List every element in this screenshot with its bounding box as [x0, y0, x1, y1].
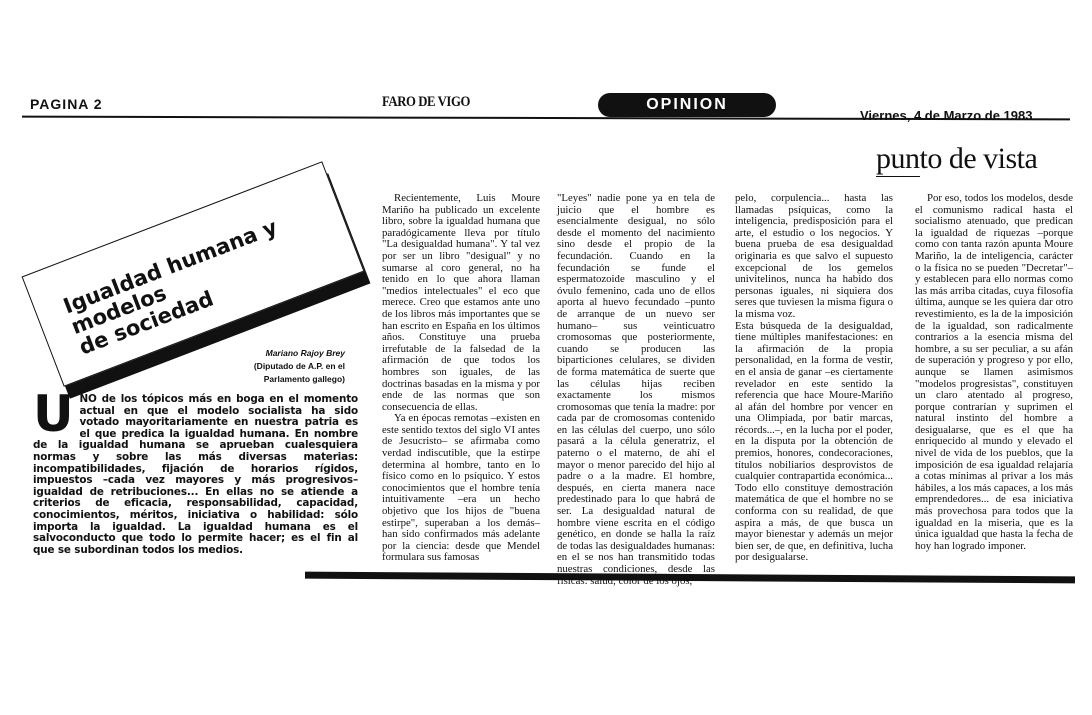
paragraph: Recientemente, Luis Moure Mariño ha publ…	[382, 193, 540, 413]
body-column-1: Recientemente, Luis Moure Mariño ha publ…	[382, 193, 540, 564]
page-number: PAGINA 2	[30, 96, 103, 112]
author-role-1: (Diputado de A.P. en el	[230, 360, 345, 373]
body-column-4: Por eso, todos los modelos, desde el com…	[915, 193, 1073, 552]
paragraph: "Leyes" nadie pone ya en tela de juicio …	[557, 193, 715, 587]
column-label-underline	[876, 176, 920, 177]
author-name: Mariano Rajoy Brey	[230, 347, 345, 360]
newspaper-name: FARO DE VIGO	[382, 94, 470, 111]
body-column-3: pelo, corpulencia... hasta las llamadas …	[735, 193, 893, 564]
author-role-2: Parlamento gallego)	[230, 373, 345, 386]
paragraph: Esta búsqueda de la desigualdad, tiene m…	[735, 321, 893, 564]
drop-cap: U	[33, 396, 73, 432]
byline: Mariano Rajoy Brey (Diputado de A.P. en …	[230, 347, 345, 386]
lead-paragraph: UNO de los tópicos más en boga en el mom…	[33, 394, 358, 556]
body-column-2: "Leyes" nadie pone ya en tela de juicio …	[557, 193, 715, 587]
paragraph: Por eso, todos los modelos, desde el com…	[915, 193, 1073, 552]
section-badge: OPINION	[598, 93, 776, 117]
paragraph: Ya en épocas remotas –existen en este se…	[382, 413, 540, 564]
lead-text: NO de los tópicos más en boga en el mome…	[33, 393, 358, 556]
paragraph: pelo, corpulencia... hasta las llamadas …	[735, 193, 893, 321]
issue-date: Viernes, 4 de Marzo de 1983	[860, 108, 1032, 123]
column-label: punto de vista	[876, 142, 1037, 176]
